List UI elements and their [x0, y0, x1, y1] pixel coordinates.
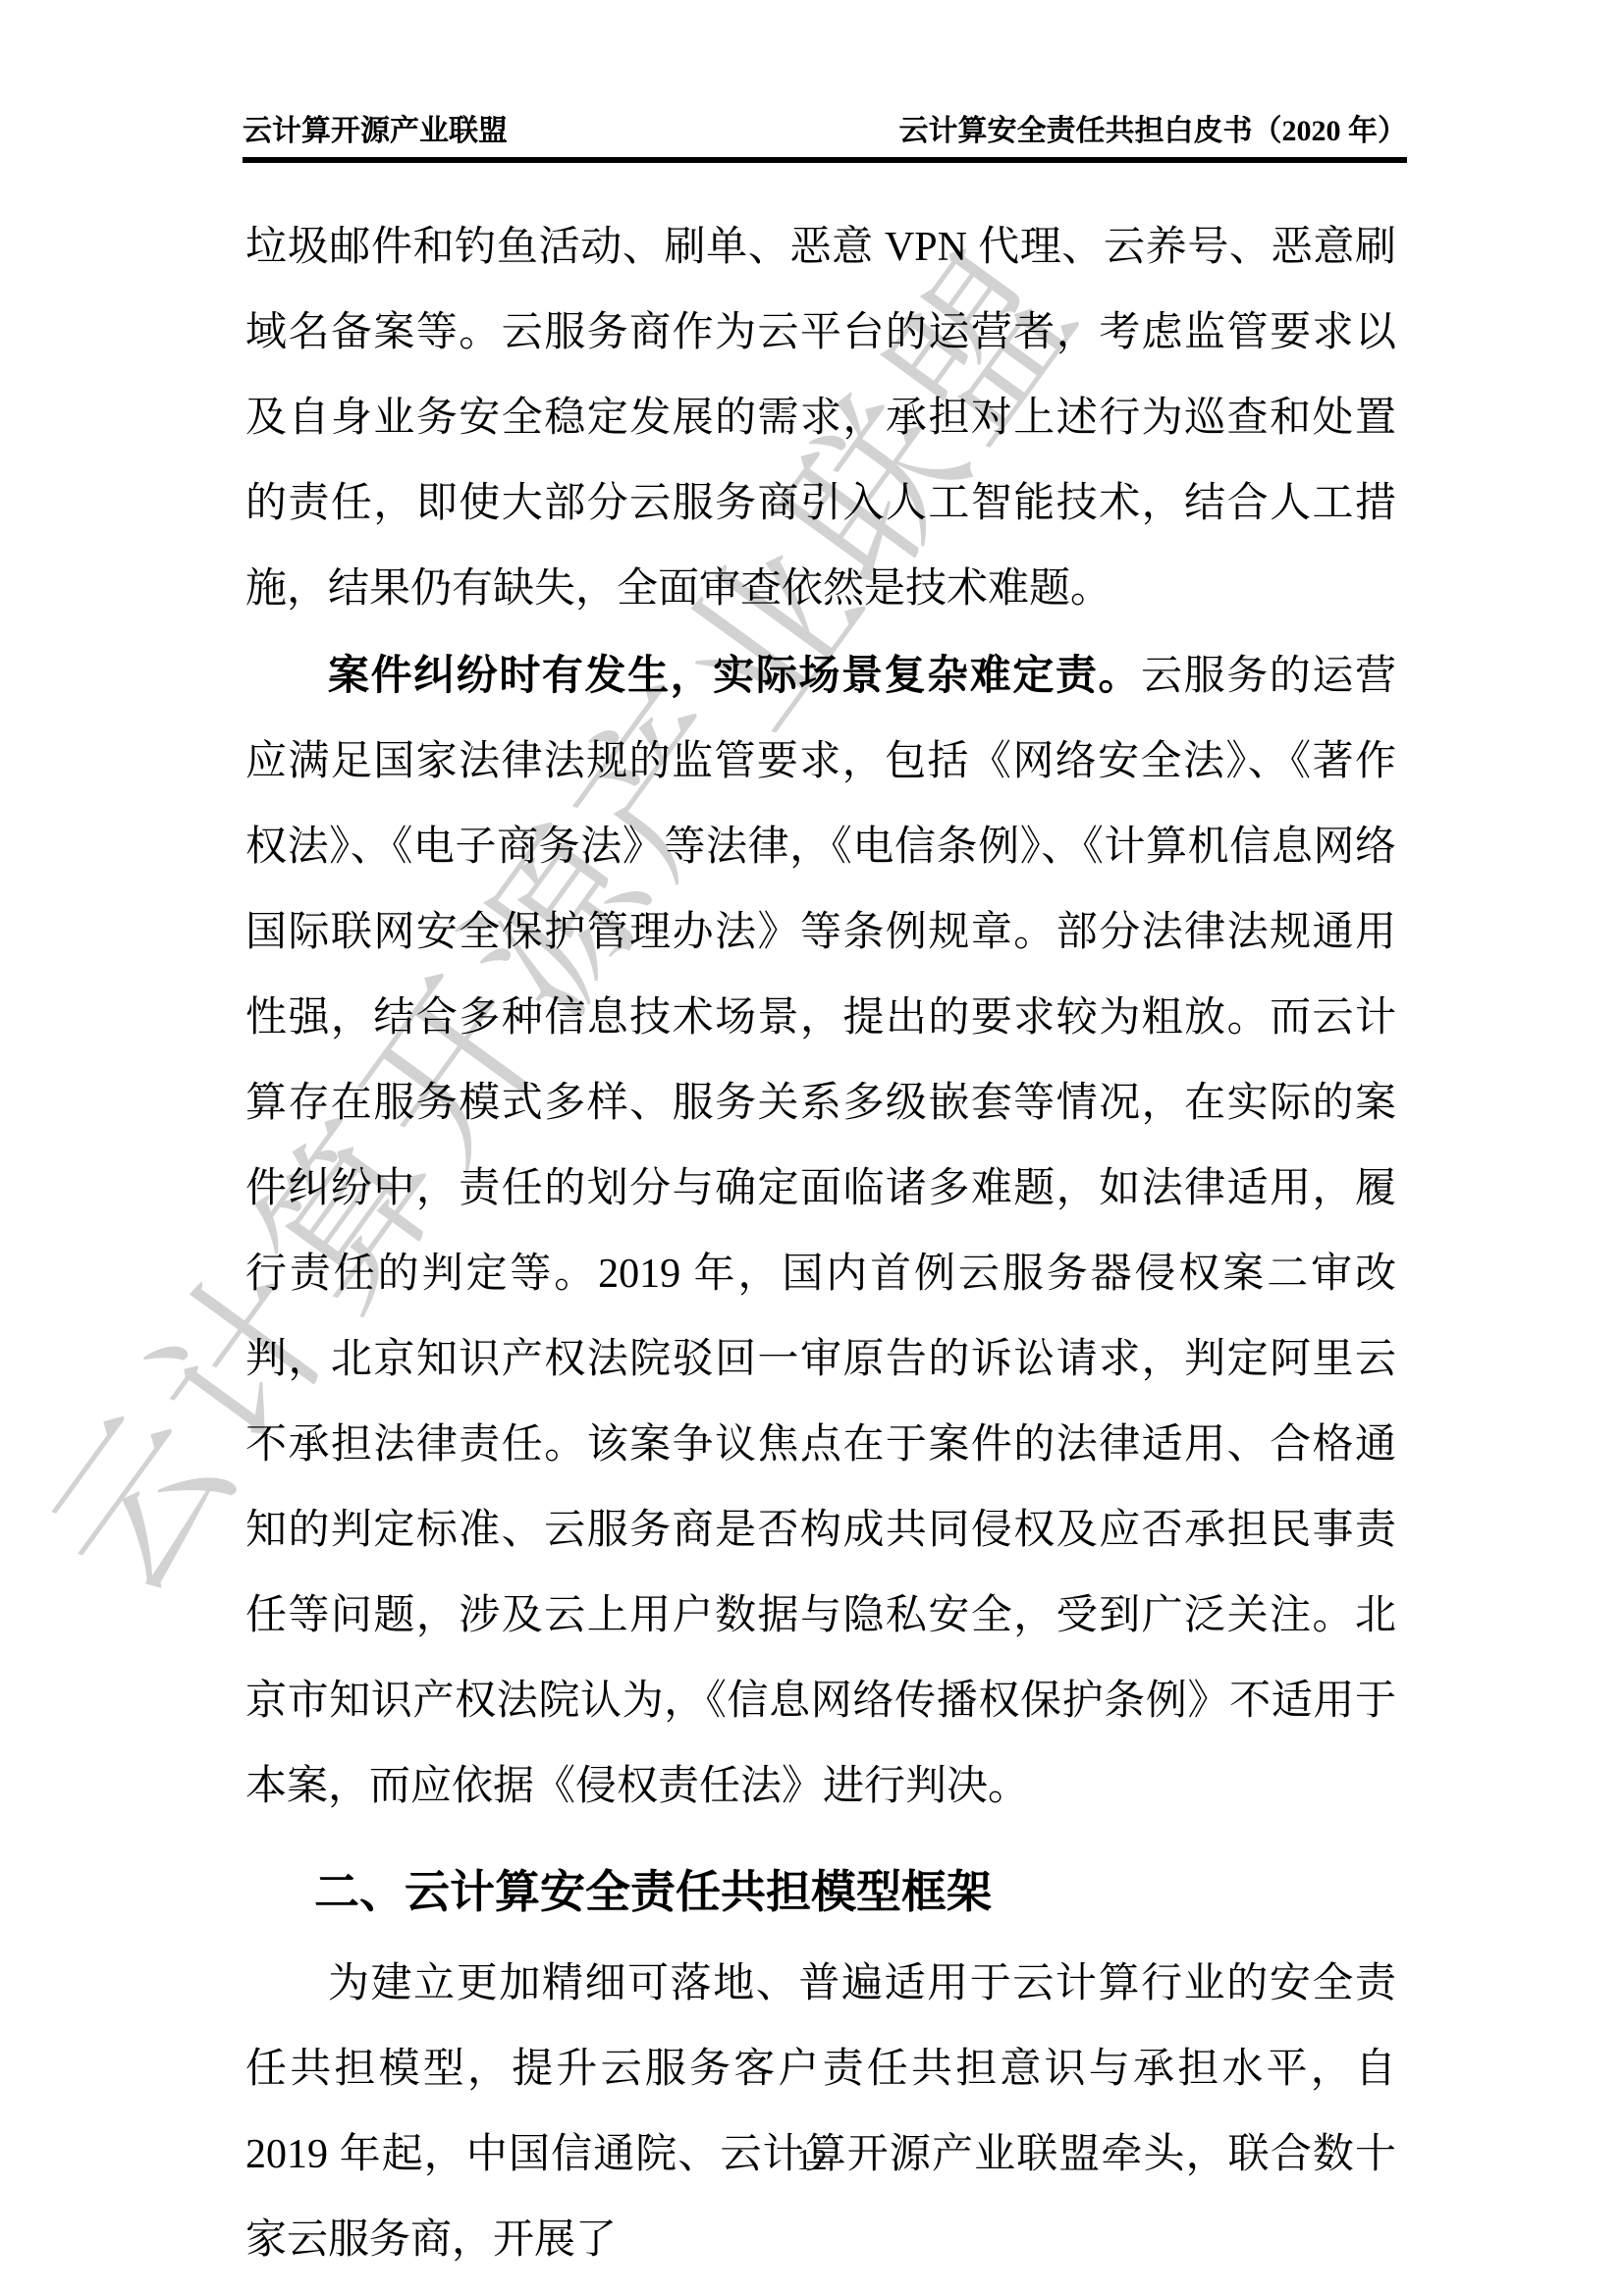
section-heading-shared-responsibility-model: 二、云计算安全责任共担模型框架	[314, 1861, 1396, 1922]
paragraph-model-building: 为建立更加精细可落地、普遍适用于云计算行业的安全责任共担模型，提升云服务客户责任…	[245, 1942, 1396, 2283]
paragraph-case-disputes: 案件纠纷时有发生，实际场景复杂难定责。云服务的运营应满足国家法律法规的监管要求，…	[245, 632, 1396, 1830]
body-text-column: 垃圾邮件和钓鱼活动、刷单、恶意 VPN 代理、云养号、恶意刷域名备案等。云服务商…	[245, 205, 1396, 2283]
paragraph-abuse-continuation: 垃圾邮件和钓鱼活动、刷单、恶意 VPN 代理、云养号、恶意刷域名备案等。云服务商…	[245, 205, 1396, 632]
header-left-title: 云计算开源产业联盟	[243, 106, 508, 149]
page-header: 云计算开源产业联盟 云计算安全责任共担白皮书（2020 年）	[243, 106, 1407, 163]
paragraph-disputes-rest: 云服务的运营应满足国家法律法规的监管要求，包括《网络安全法》、《著作权法》、《电…	[245, 654, 1396, 1809]
document-page: 云计算开源产业联盟 云计算开源产业联盟 云计算安全责任共担白皮书（2020 年）…	[0, 0, 1624, 2296]
header-right-title: 云计算安全责任共担白皮书（2020 年）	[899, 106, 1408, 149]
paragraph-bold-lead: 案件纠纷时有发生，实际场景复杂难定责。	[328, 652, 1141, 698]
page-number: 12	[0, 2142, 1624, 2177]
